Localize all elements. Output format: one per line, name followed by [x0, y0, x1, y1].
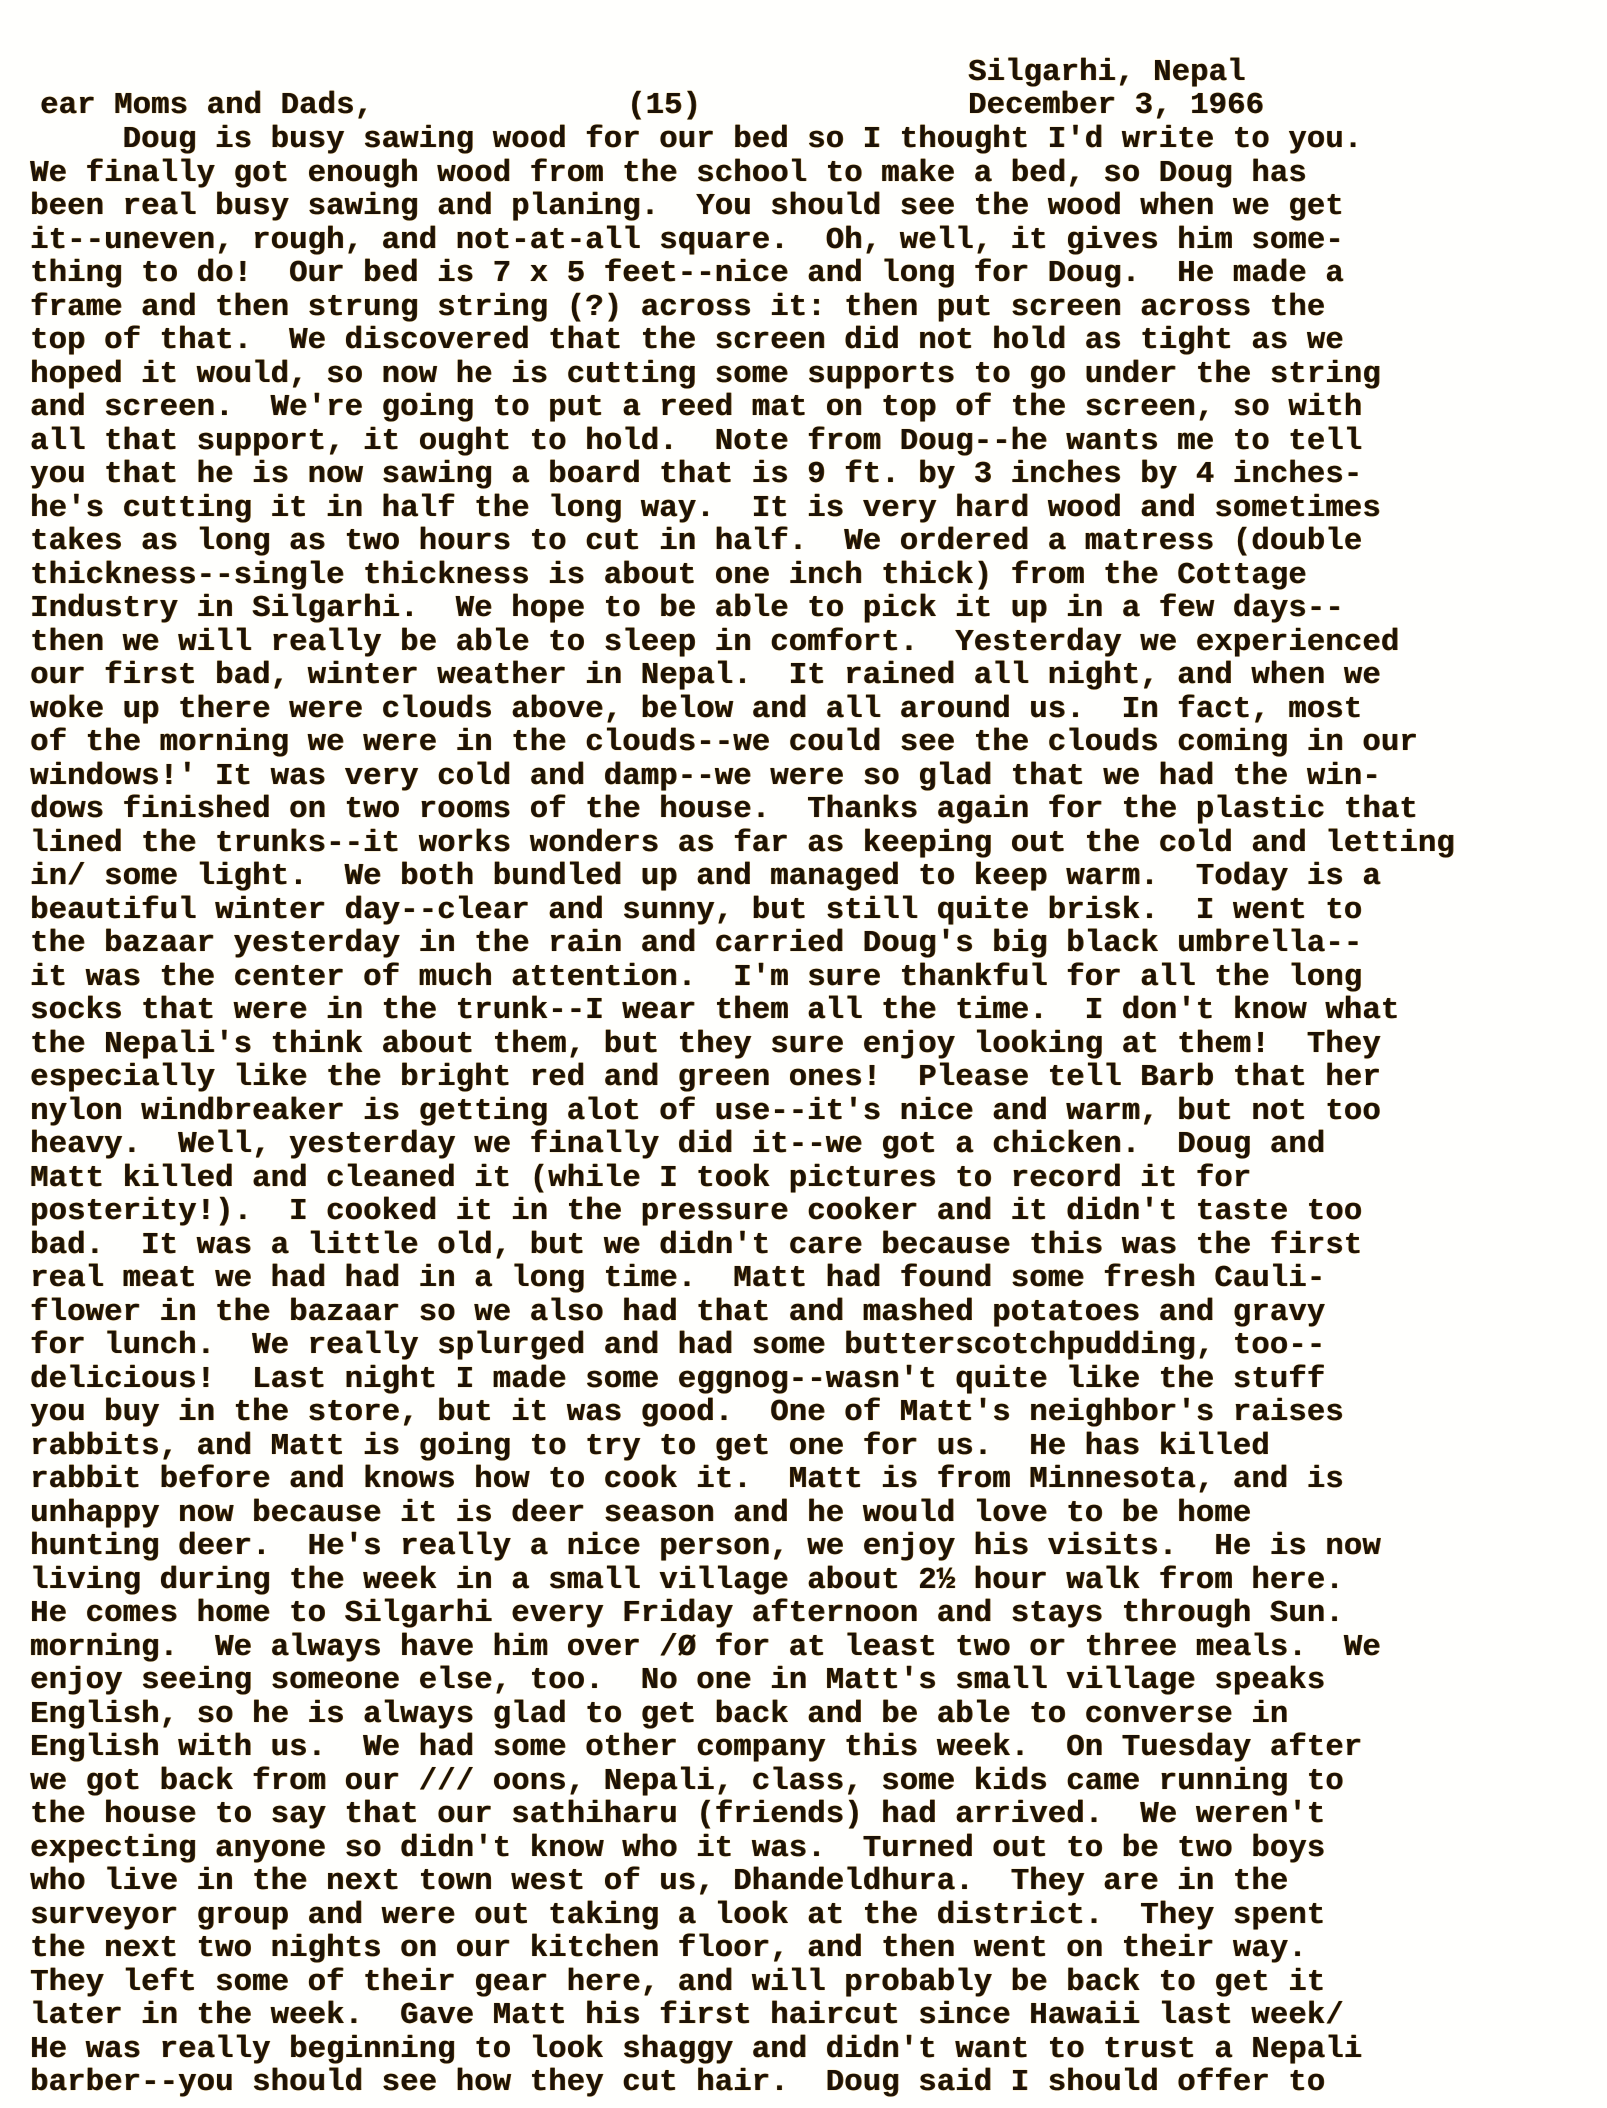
letter-line: windows!' It was very cold and damp--we …	[30, 761, 1455, 795]
letter-line: he's cutting it in half the long way. It…	[30, 493, 1455, 527]
page-number: (15)	[627, 91, 701, 122]
letter-line: socks that were in the trunk--I wear the…	[30, 995, 1455, 1029]
letter-line: it--uneven, rough, and not-at-all square…	[30, 225, 1455, 259]
letter-line: Doug is busy sawing wood for our bed so …	[30, 124, 1455, 158]
letter-line: real meat we had had in a long time. Mat…	[30, 1263, 1455, 1297]
letter-body: Doug is busy sawing wood for our bed so …	[30, 124, 1455, 2101]
letter-line: surveyor group and were out taking a loo…	[30, 1900, 1455, 1934]
letter-line: expecting anyone so didn't know who it w…	[30, 1833, 1455, 1867]
letter-line: We finally got enough wood from the scho…	[30, 158, 1455, 192]
letter-line: hunting deer. He's really a nice person,…	[30, 1531, 1455, 1565]
letter-line: He comes home to Silgarhi every Friday a…	[30, 1598, 1455, 1632]
letter-line: thickness--single thickness is about one…	[30, 560, 1455, 594]
letter-line: who live in the next town west of us, Dh…	[30, 1866, 1455, 1900]
letter-date: December 3, 1966	[968, 91, 1264, 122]
letter-line: unhappy now because it is deer season an…	[30, 1498, 1455, 1532]
letter-line: He was really beginning to look shaggy a…	[30, 2034, 1455, 2068]
letter-line: rabbits, and Matt is going to try to get…	[30, 1431, 1455, 1465]
letter-line: beautiful winter day--clear and sunny, b…	[30, 895, 1455, 929]
letter-place: Silgarhi, Nepal	[968, 58, 1246, 89]
letter-line: our first bad, winter weather in Nepal. …	[30, 660, 1455, 694]
letter-line: lined the trunks--it works wonders as fa…	[30, 828, 1455, 862]
letter-line: been real busy sawing and planing. You s…	[30, 191, 1455, 225]
letter-line: the bazaar yesterday in the rain and car…	[30, 928, 1455, 962]
letter-line: English, so he is always glad to get bac…	[30, 1699, 1455, 1733]
letter-line: dows finished on two rooms of the house.…	[30, 794, 1455, 828]
letter-line: takes as long as two hours to cut in hal…	[30, 526, 1455, 560]
letter-line: of the morning we were in the clouds--we…	[30, 727, 1455, 761]
letter-line: heavy. Well, yesterday we finally did it…	[30, 1129, 1455, 1163]
letter-line: English with us. We had some other compa…	[30, 1732, 1455, 1766]
letter-page: Silgarhi, Nepal ear Moms and Dads, (15) …	[0, 0, 1607, 2108]
letter-line: top of that. We discovered that the scre…	[30, 325, 1455, 359]
letter-line: frame and then strung string (?) across …	[30, 292, 1455, 326]
letter-line: you buy in the store, but it was good. O…	[30, 1397, 1455, 1431]
letter-line: delicious! Last night I made some eggnog…	[30, 1364, 1455, 1398]
letter-line: then we will really be able to sleep in …	[30, 627, 1455, 661]
letter-line: morning. We always have him over /Ø for …	[30, 1632, 1455, 1666]
letter-line: the next two nights on our kitchen floor…	[30, 1933, 1455, 1967]
letter-line: the house to say that our sathiharu (fri…	[30, 1799, 1455, 1833]
letter-line: bad. It was a little old, but we didn't …	[30, 1230, 1455, 1264]
letter-line: hoped it would, so now he is cutting som…	[30, 359, 1455, 393]
letter-line: for lunch. We really splurged and had so…	[30, 1330, 1455, 1364]
letter-line: posterity!). I cooked it in the pressure…	[30, 1196, 1455, 1230]
letter-line: thing to do! Our bed is 7 x 5 feet--nice…	[30, 258, 1455, 292]
letter-line: all that support, it ought to hold. Note…	[30, 426, 1455, 460]
letter-line: the Nepali's think about them, but they …	[30, 1029, 1455, 1063]
letter-line: Industry in Silgarhi. We hope to be able…	[30, 593, 1455, 627]
letter-line: later in the week. Gave Matt his first h…	[30, 2000, 1455, 2034]
letter-line: They left some of their gear here, and w…	[30, 1967, 1455, 2001]
letter-line: rabbit before and knows how to cook it. …	[30, 1464, 1455, 1498]
letter-line: especially like the bright red and green…	[30, 1062, 1455, 1096]
letter-line: you that he is now sawing a board that i…	[30, 459, 1455, 493]
letter-line: nylon windbreaker is getting alot of use…	[30, 1096, 1455, 1130]
letter-line: we got back from our /// oons, Nepali, c…	[30, 1766, 1455, 1800]
letter-line: barber--you should see how they cut hair…	[30, 2067, 1455, 2101]
letter-line: Matt killed and cleaned it (while I took…	[30, 1163, 1455, 1197]
letter-line: enjoy seeing someone else, too. No one i…	[30, 1665, 1455, 1699]
letter-line: it was the center of much attention. I'm…	[30, 962, 1455, 996]
letter-line: in/ some light. We both bundled up and m…	[30, 861, 1455, 895]
letter-line: woke up there were clouds above, below a…	[30, 694, 1455, 728]
letter-line: flower in the bazaar so we also had that…	[30, 1297, 1455, 1331]
letter-salutation: ear Moms and Dads,	[40, 91, 373, 122]
letter-line: and screen. We're going to put a reed ma…	[30, 392, 1455, 426]
letter-line: living during the week in a small villag…	[30, 1565, 1455, 1599]
